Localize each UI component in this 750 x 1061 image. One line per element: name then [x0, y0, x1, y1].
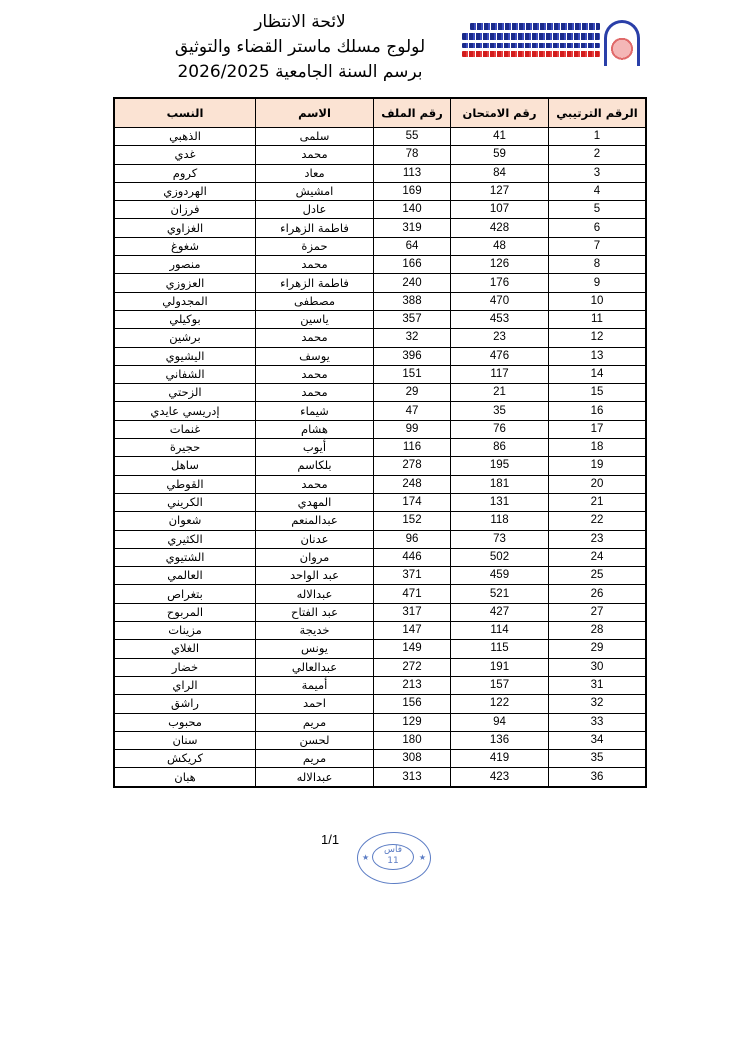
- cell-rank: 10: [549, 292, 647, 310]
- cell-first-name: محمد: [256, 146, 374, 164]
- table-row: 25459371عبد الواحدالعالمي: [114, 567, 646, 585]
- cell-first-name: أيوب: [256, 439, 374, 457]
- cell-last-name: خضار: [114, 658, 256, 676]
- table-row: 31157213أميمةالراي: [114, 676, 646, 694]
- cell-file-number: 169: [374, 182, 451, 200]
- cell-exam-number: 423: [451, 768, 549, 787]
- title-waiting-list: لائحة الانتظار: [150, 10, 450, 35]
- cell-rank: 20: [549, 475, 647, 493]
- cell-last-name: شغوغ: [114, 237, 256, 255]
- cell-exam-number: 126: [451, 256, 549, 274]
- cell-exam-number: 118: [451, 512, 549, 530]
- cell-file-number: 308: [374, 750, 451, 768]
- cell-first-name: بلكاسم: [256, 457, 374, 475]
- cell-last-name: مزينات: [114, 622, 256, 640]
- table-row: 152129محمدالزحتي: [114, 384, 646, 402]
- cell-rank: 9: [549, 274, 647, 292]
- cell-last-name: محبوب: [114, 713, 256, 731]
- table-row: 25978محمدغدي: [114, 146, 646, 164]
- cell-rank: 6: [549, 219, 647, 237]
- cell-file-number: 116: [374, 439, 451, 457]
- table-row: 3394129مريممحبوب: [114, 713, 646, 731]
- cell-rank: 31: [549, 676, 647, 694]
- cell-exam-number: 115: [451, 640, 549, 658]
- table-row: 384113معادكروم: [114, 164, 646, 182]
- cell-exam-number: 502: [451, 548, 549, 566]
- cell-first-name: أميمة: [256, 676, 374, 694]
- table-row: 36423313عبدالالههبان: [114, 768, 646, 787]
- cell-last-name: الغزاوي: [114, 219, 256, 237]
- table-row: 34136180لحسنسنان: [114, 731, 646, 749]
- cell-last-name: الراي: [114, 676, 256, 694]
- table-row: 9176240فاطمة الزهراءالعزوزي: [114, 274, 646, 292]
- official-stamp: ★ فاس 11 ★: [357, 832, 431, 884]
- cell-first-name: ياسين: [256, 310, 374, 328]
- table-row: 1886116أيوبحجيرة: [114, 439, 646, 457]
- cell-exam-number: 195: [451, 457, 549, 475]
- cell-exam-number: 73: [451, 530, 549, 548]
- cell-last-name: الزحتي: [114, 384, 256, 402]
- cell-exam-number: 427: [451, 603, 549, 621]
- cell-file-number: 272: [374, 658, 451, 676]
- cell-file-number: 278: [374, 457, 451, 475]
- cell-rank: 36: [549, 768, 647, 787]
- cell-rank: 13: [549, 347, 647, 365]
- cell-rank: 19: [549, 457, 647, 475]
- cell-exam-number: 23: [451, 329, 549, 347]
- cell-rank: 27: [549, 603, 647, 621]
- cell-exam-number: 21: [451, 384, 549, 402]
- cell-rank: 21: [549, 493, 647, 511]
- cell-last-name: راشق: [114, 695, 256, 713]
- table-row: 32122156احمدراشق: [114, 695, 646, 713]
- cell-first-name: هشام: [256, 420, 374, 438]
- cell-last-name: برشين: [114, 329, 256, 347]
- cell-last-name: كروم: [114, 164, 256, 182]
- cell-file-number: 129: [374, 713, 451, 731]
- table-row: 29115149يونسالغلاي: [114, 640, 646, 658]
- cell-file-number: 29: [374, 384, 451, 402]
- cell-first-name: احمد: [256, 695, 374, 713]
- cell-rank: 34: [549, 731, 647, 749]
- cell-file-number: 99: [374, 420, 451, 438]
- cell-first-name: المهدي: [256, 493, 374, 511]
- cell-first-name: خديجة: [256, 622, 374, 640]
- cell-file-number: 371: [374, 567, 451, 585]
- cell-file-number: 47: [374, 402, 451, 420]
- stamp-number: 11: [373, 856, 413, 867]
- cell-exam-number: 114: [451, 622, 549, 640]
- column-header-exam-number: رقم الامتحان: [451, 98, 549, 128]
- cell-exam-number: 117: [451, 365, 549, 383]
- cell-first-name: مصطفى: [256, 292, 374, 310]
- cell-first-name: عبدالمنعم: [256, 512, 374, 530]
- cell-rank: 16: [549, 402, 647, 420]
- cell-last-name: غدي: [114, 146, 256, 164]
- logo-line-faculty: [462, 51, 600, 57]
- cell-file-number: 140: [374, 201, 451, 219]
- cell-last-name: القوطي: [114, 475, 256, 493]
- cell-rank: 3: [549, 164, 647, 182]
- table-row: 19195278بلكاسمساهل: [114, 457, 646, 475]
- cell-first-name: مروان: [256, 548, 374, 566]
- cell-first-name: حمزة: [256, 237, 374, 255]
- cell-exam-number: 136: [451, 731, 549, 749]
- logo-text: [462, 23, 602, 60]
- cell-rank: 1: [549, 128, 647, 146]
- cell-first-name: فاطمة الزهراء: [256, 219, 374, 237]
- cell-rank: 25: [549, 567, 647, 585]
- cell-last-name: ساهل: [114, 457, 256, 475]
- cell-exam-number: 127: [451, 182, 549, 200]
- table-row: 5107140عادلفرزان: [114, 201, 646, 219]
- table-row: 28114147خديجةمزينات: [114, 622, 646, 640]
- cell-rank: 17: [549, 420, 647, 438]
- table-row: 14117151محمدالشفاني: [114, 365, 646, 383]
- cell-last-name: الذهبي: [114, 128, 256, 146]
- cell-exam-number: 453: [451, 310, 549, 328]
- cell-first-name: محمد: [256, 329, 374, 347]
- cell-exam-number: 521: [451, 585, 549, 603]
- cell-exam-number: 470: [451, 292, 549, 310]
- cell-exam-number: 35: [451, 402, 549, 420]
- cell-exam-number: 181: [451, 475, 549, 493]
- cell-exam-number: 48: [451, 237, 549, 255]
- cell-file-number: 446: [374, 548, 451, 566]
- cell-first-name: عادل: [256, 201, 374, 219]
- stamp-inner-ring: فاس 11: [372, 844, 414, 870]
- cell-file-number: 151: [374, 365, 451, 383]
- table-row: 24502446مروانالشتيوي: [114, 548, 646, 566]
- cell-file-number: 471: [374, 585, 451, 603]
- table-row: 14155سلمىالذهبي: [114, 128, 646, 146]
- document-title: لائحة الانتظار لولوج مسلك ماستر القضاء و…: [150, 10, 450, 85]
- cell-last-name: الشفاني: [114, 365, 256, 383]
- cell-rank: 33: [549, 713, 647, 731]
- cell-exam-number: 419: [451, 750, 549, 768]
- cell-first-name: عدنان: [256, 530, 374, 548]
- cell-file-number: 313: [374, 768, 451, 787]
- cell-first-name: محمد: [256, 384, 374, 402]
- waiting-list-table: الرقم الترتيبي رقم الامتحان رقم الملف ال…: [113, 97, 647, 788]
- cell-first-name: عبدالاله: [256, 768, 374, 787]
- star-icon: ★: [362, 853, 369, 862]
- table-row: 11453357ياسينبوكيلي: [114, 310, 646, 328]
- table-row: 27427317عبد الفتاحالمربوح: [114, 603, 646, 621]
- cell-first-name: عبد الفتاح: [256, 603, 374, 621]
- cell-exam-number: 428: [451, 219, 549, 237]
- cell-last-name: المربوح: [114, 603, 256, 621]
- cell-rank: 32: [549, 695, 647, 713]
- table-row: 35419308مريمكريكش: [114, 750, 646, 768]
- cell-first-name: مريم: [256, 713, 374, 731]
- cell-exam-number: 157: [451, 676, 549, 694]
- cell-file-number: 248: [374, 475, 451, 493]
- cell-file-number: 357: [374, 310, 451, 328]
- cell-file-number: 64: [374, 237, 451, 255]
- cell-rank: 24: [549, 548, 647, 566]
- cell-rank: 15: [549, 384, 647, 402]
- cell-last-name: سنان: [114, 731, 256, 749]
- cell-file-number: 96: [374, 530, 451, 548]
- cell-rank: 14: [549, 365, 647, 383]
- cell-last-name: العزوزي: [114, 274, 256, 292]
- cell-last-name: بتغراص: [114, 585, 256, 603]
- cell-first-name: فاطمة الزهراء: [256, 274, 374, 292]
- cell-rank: 30: [549, 658, 647, 676]
- cell-exam-number: 191: [451, 658, 549, 676]
- cell-file-number: 180: [374, 731, 451, 749]
- cell-file-number: 147: [374, 622, 451, 640]
- cell-first-name: محمد: [256, 365, 374, 383]
- cell-last-name: منصور: [114, 256, 256, 274]
- cell-first-name: عبدالاله: [256, 585, 374, 603]
- table-row: 13476396يوسفاليشيوي: [114, 347, 646, 365]
- table-row: 122332محمدبرشين: [114, 329, 646, 347]
- cell-rank: 8: [549, 256, 647, 274]
- cell-first-name: سلمى: [256, 128, 374, 146]
- cell-first-name: يوسف: [256, 347, 374, 365]
- cell-rank: 7: [549, 237, 647, 255]
- table-row: 163547شيماءإدريسي عايدي: [114, 402, 646, 420]
- cell-exam-number: 107: [451, 201, 549, 219]
- logo-line-arabic: [470, 23, 600, 30]
- cell-file-number: 213: [374, 676, 451, 694]
- cell-file-number: 317: [374, 603, 451, 621]
- table-row: 22118152عبدالمنعمشعوان: [114, 512, 646, 530]
- table-row: 177699هشامغنمات: [114, 420, 646, 438]
- cell-last-name: الشتيوي: [114, 548, 256, 566]
- cell-rank: 22: [549, 512, 647, 530]
- cell-exam-number: 86: [451, 439, 549, 457]
- cell-last-name: الهردوزي: [114, 182, 256, 200]
- column-header-first-name: الاسم: [256, 98, 374, 128]
- cell-exam-number: 41: [451, 128, 549, 146]
- cell-exam-number: 476: [451, 347, 549, 365]
- cell-rank: 26: [549, 585, 647, 603]
- table-row: 30191272عبدالعاليخضار: [114, 658, 646, 676]
- table-row: 74864حمزةشغوغ: [114, 237, 646, 255]
- cell-file-number: 156: [374, 695, 451, 713]
- cell-file-number: 149: [374, 640, 451, 658]
- cell-first-name: لحسن: [256, 731, 374, 749]
- cell-rank: 4: [549, 182, 647, 200]
- cell-last-name: الكريني: [114, 493, 256, 511]
- cell-rank: 35: [549, 750, 647, 768]
- table-row: 26521471عبدالالهبتغراص: [114, 585, 646, 603]
- cell-file-number: 78: [374, 146, 451, 164]
- cell-first-name: امشيش: [256, 182, 374, 200]
- cell-exam-number: 59: [451, 146, 549, 164]
- table-row: 20181248محمدالقوطي: [114, 475, 646, 493]
- cell-exam-number: 122: [451, 695, 549, 713]
- cell-last-name: اليشيوي: [114, 347, 256, 365]
- cell-last-name: حجيرة: [114, 439, 256, 457]
- cell-last-name: المجدولي: [114, 292, 256, 310]
- table-row: 10470388مصطفىالمجدولي: [114, 292, 646, 310]
- cell-last-name: هبان: [114, 768, 256, 787]
- cell-rank: 23: [549, 530, 647, 548]
- table-row: 21131174المهديالكريني: [114, 493, 646, 511]
- cell-rank: 29: [549, 640, 647, 658]
- university-emblem-icon: [604, 20, 640, 66]
- cell-first-name: مريم: [256, 750, 374, 768]
- cell-last-name: غنمات: [114, 420, 256, 438]
- table-body: 14155سلمىالذهبي25978محمدغدي384113معادكرو…: [114, 128, 646, 787]
- cell-file-number: 55: [374, 128, 451, 146]
- star-icon: ★: [419, 853, 426, 862]
- cell-first-name: عبدالعالي: [256, 658, 374, 676]
- cell-first-name: محمد: [256, 256, 374, 274]
- cell-file-number: 152: [374, 512, 451, 530]
- cell-last-name: بوكيلي: [114, 310, 256, 328]
- table-header-row: الرقم الترتيبي رقم الامتحان رقم الملف ال…: [114, 98, 646, 128]
- table-row: 4127169امشيشالهردوزي: [114, 182, 646, 200]
- cell-first-name: يونس: [256, 640, 374, 658]
- cell-first-name: محمد: [256, 475, 374, 493]
- cell-last-name: فرزان: [114, 201, 256, 219]
- cell-exam-number: 459: [451, 567, 549, 585]
- cell-rank: 11: [549, 310, 647, 328]
- cell-exam-number: 76: [451, 420, 549, 438]
- cell-file-number: 396: [374, 347, 451, 365]
- cell-last-name: إدريسي عايدي: [114, 402, 256, 420]
- logo-line-french: [462, 43, 600, 48]
- title-academic-year: برسم السنة الجامعية 2026/2025: [150, 60, 450, 85]
- cell-rank: 2: [549, 146, 647, 164]
- university-logo: [462, 20, 640, 70]
- column-header-rank: الرقم الترتيبي: [549, 98, 647, 128]
- cell-rank: 5: [549, 201, 647, 219]
- cell-exam-number: 131: [451, 493, 549, 511]
- cell-file-number: 113: [374, 164, 451, 182]
- cell-file-number: 174: [374, 493, 451, 511]
- column-header-file-number: رقم الملف: [374, 98, 451, 128]
- table-row: 237396عدنانالكثيري: [114, 530, 646, 548]
- logo-line-amazigh: [462, 33, 600, 40]
- cell-rank: 18: [549, 439, 647, 457]
- cell-file-number: 240: [374, 274, 451, 292]
- cell-last-name: كريكش: [114, 750, 256, 768]
- cell-last-name: العالمي: [114, 567, 256, 585]
- cell-exam-number: 176: [451, 274, 549, 292]
- cell-rank: 12: [549, 329, 647, 347]
- page-indicator: 1/1: [321, 832, 339, 847]
- cell-file-number: 32: [374, 329, 451, 347]
- stamp-city: فاس: [373, 845, 413, 856]
- column-header-last-name: النسب: [114, 98, 256, 128]
- cell-last-name: الغلاي: [114, 640, 256, 658]
- title-program: لولوج مسلك ماستر القضاء والتوثيق: [150, 35, 450, 60]
- cell-first-name: شيماء: [256, 402, 374, 420]
- cell-first-name: معاد: [256, 164, 374, 182]
- cell-last-name: شعوان: [114, 512, 256, 530]
- cell-exam-number: 84: [451, 164, 549, 182]
- cell-last-name: الكثيري: [114, 530, 256, 548]
- cell-rank: 28: [549, 622, 647, 640]
- cell-file-number: 319: [374, 219, 451, 237]
- table-row: 6428319فاطمة الزهراءالغزاوي: [114, 219, 646, 237]
- cell-exam-number: 94: [451, 713, 549, 731]
- cell-first-name: عبد الواحد: [256, 567, 374, 585]
- table-row: 8126166محمدمنصور: [114, 256, 646, 274]
- cell-file-number: 388: [374, 292, 451, 310]
- cell-file-number: 166: [374, 256, 451, 274]
